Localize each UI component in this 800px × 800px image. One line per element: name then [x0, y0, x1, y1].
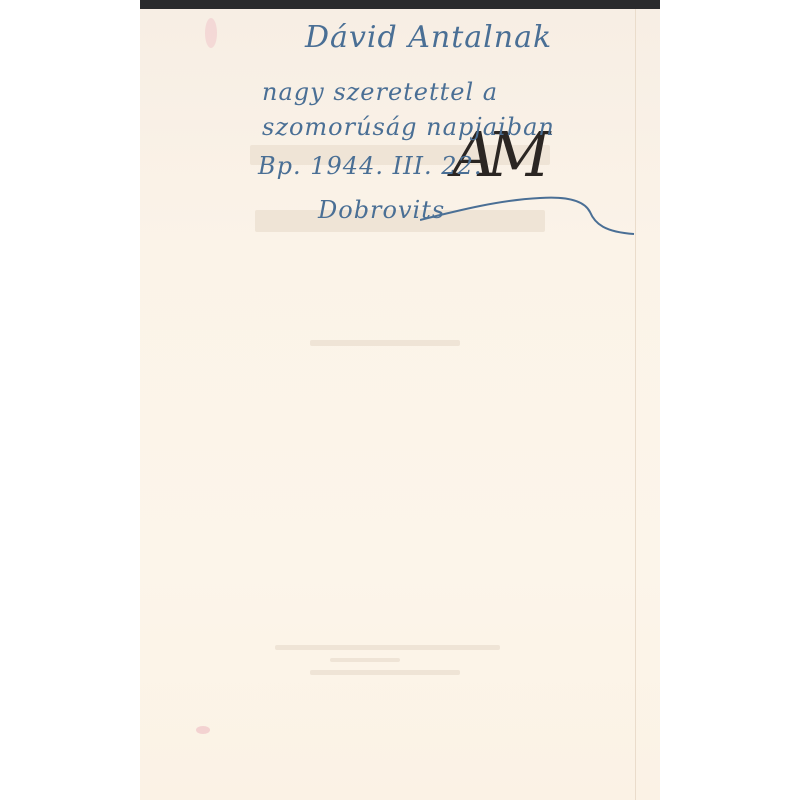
inscription-date: Bp. 1944. III. 22.: [258, 152, 482, 180]
scan-top-edge: [140, 0, 660, 9]
page-edge: [635, 9, 636, 800]
inscription-line-3: szomorúság napjaiban: [262, 113, 555, 141]
faint-publisher-line: [275, 645, 500, 650]
signature-flourish: [420, 190, 635, 240]
pink-mark: [205, 18, 217, 48]
inscription-line-2: nagy szeretettel a: [262, 78, 498, 106]
faint-author-line: [310, 340, 460, 346]
inscription-line-1: Dávid Antalnak: [305, 20, 552, 55]
faint-publisher-line: [330, 658, 400, 662]
faint-publisher-line: [310, 670, 460, 675]
pink-mark: [196, 726, 210, 734]
